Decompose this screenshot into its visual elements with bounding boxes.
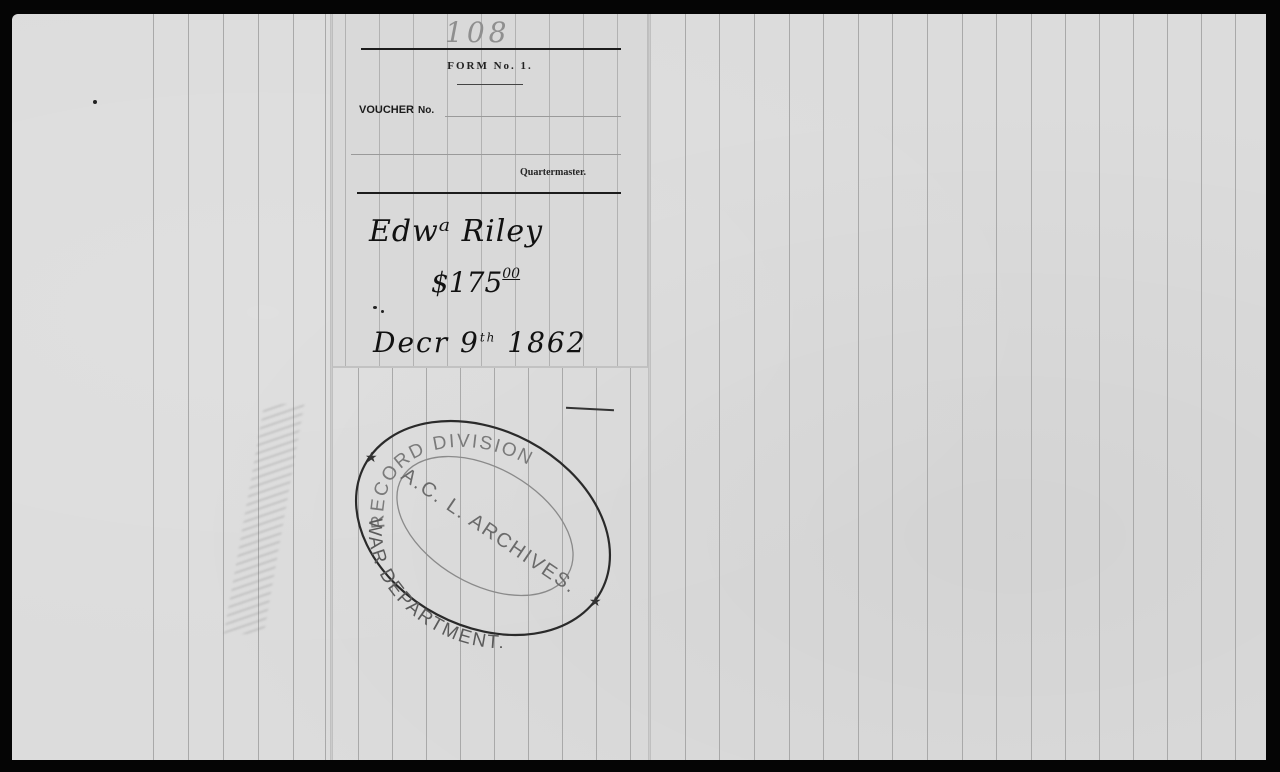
star-icon: ★: [365, 451, 378, 466]
ornamental-flourish: [457, 84, 523, 89]
ink-mark: [373, 306, 377, 309]
handwritten-amount: $17500: [431, 266, 520, 299]
star-icon: ★: [589, 595, 602, 610]
ruled-line: [1031, 14, 1032, 760]
ruled-line: [996, 14, 997, 760]
ruled-line: [223, 14, 224, 760]
ink-speck: [93, 100, 97, 104]
ruled-line: [858, 14, 859, 760]
ruled-line: [754, 14, 755, 760]
ruled-line: [1201, 14, 1202, 760]
ruled-line: [823, 14, 824, 760]
pencil-file-number: 108: [445, 16, 510, 49]
fold-crease: [648, 14, 651, 760]
voucher-no-label: No.: [418, 105, 434, 116]
ruled-line: [1167, 14, 1168, 760]
ruled-line: [1065, 14, 1066, 760]
stamp-center-text: A.C. L. ARCHIVES.: [397, 464, 581, 598]
ruled-line: [719, 14, 720, 760]
docket-panel: 108 FORM No. 1. VOUCHERNo. Quartermaster…: [332, 14, 648, 368]
footer-rule: [357, 192, 621, 194]
blank-line: [351, 154, 621, 155]
amount-cents: 00: [502, 266, 520, 282]
ink-mark: [381, 310, 384, 313]
ruled-line: [153, 14, 154, 760]
handwritten-date: Decr 9th 1862: [373, 326, 587, 359]
ruled-line: [188, 14, 189, 760]
handwritten-payee-name: Edwᵃ Riley: [369, 214, 543, 249]
amount-dollars: $175: [431, 266, 502, 299]
date-year: 1862: [507, 326, 586, 359]
voucher-number-line: [445, 116, 621, 117]
ruled-line: [789, 14, 790, 760]
ruled-line: [892, 14, 893, 760]
ruled-line: [927, 14, 928, 760]
ruled-line: [962, 14, 963, 760]
date-month: Decr: [373, 326, 449, 359]
ruled-line: [293, 14, 294, 760]
ruled-line: [685, 14, 686, 760]
ruled-line: [1099, 14, 1100, 760]
voucher-label: VOUCHER: [359, 104, 414, 116]
ruled-line: [325, 14, 326, 760]
record-division-stamp: RECORD DIVISION A.C. L. ARCHIVES. WAR DE…: [345, 408, 621, 648]
form-title: FORM No. 1.: [333, 60, 647, 72]
ruled-line: [1235, 14, 1236, 760]
date-suffix: th: [480, 331, 497, 345]
date-day: 9: [460, 326, 480, 359]
ruled-line: [258, 14, 259, 760]
header-rule: [361, 48, 621, 50]
ruled-line: [1133, 14, 1134, 760]
quartermaster-label: Quartermaster.: [520, 167, 586, 178]
svg-text:A.C. L. ARCHIVES.: A.C. L. ARCHIVES.: [397, 464, 581, 598]
voucher-number-field: VOUCHERNo.: [359, 104, 434, 116]
